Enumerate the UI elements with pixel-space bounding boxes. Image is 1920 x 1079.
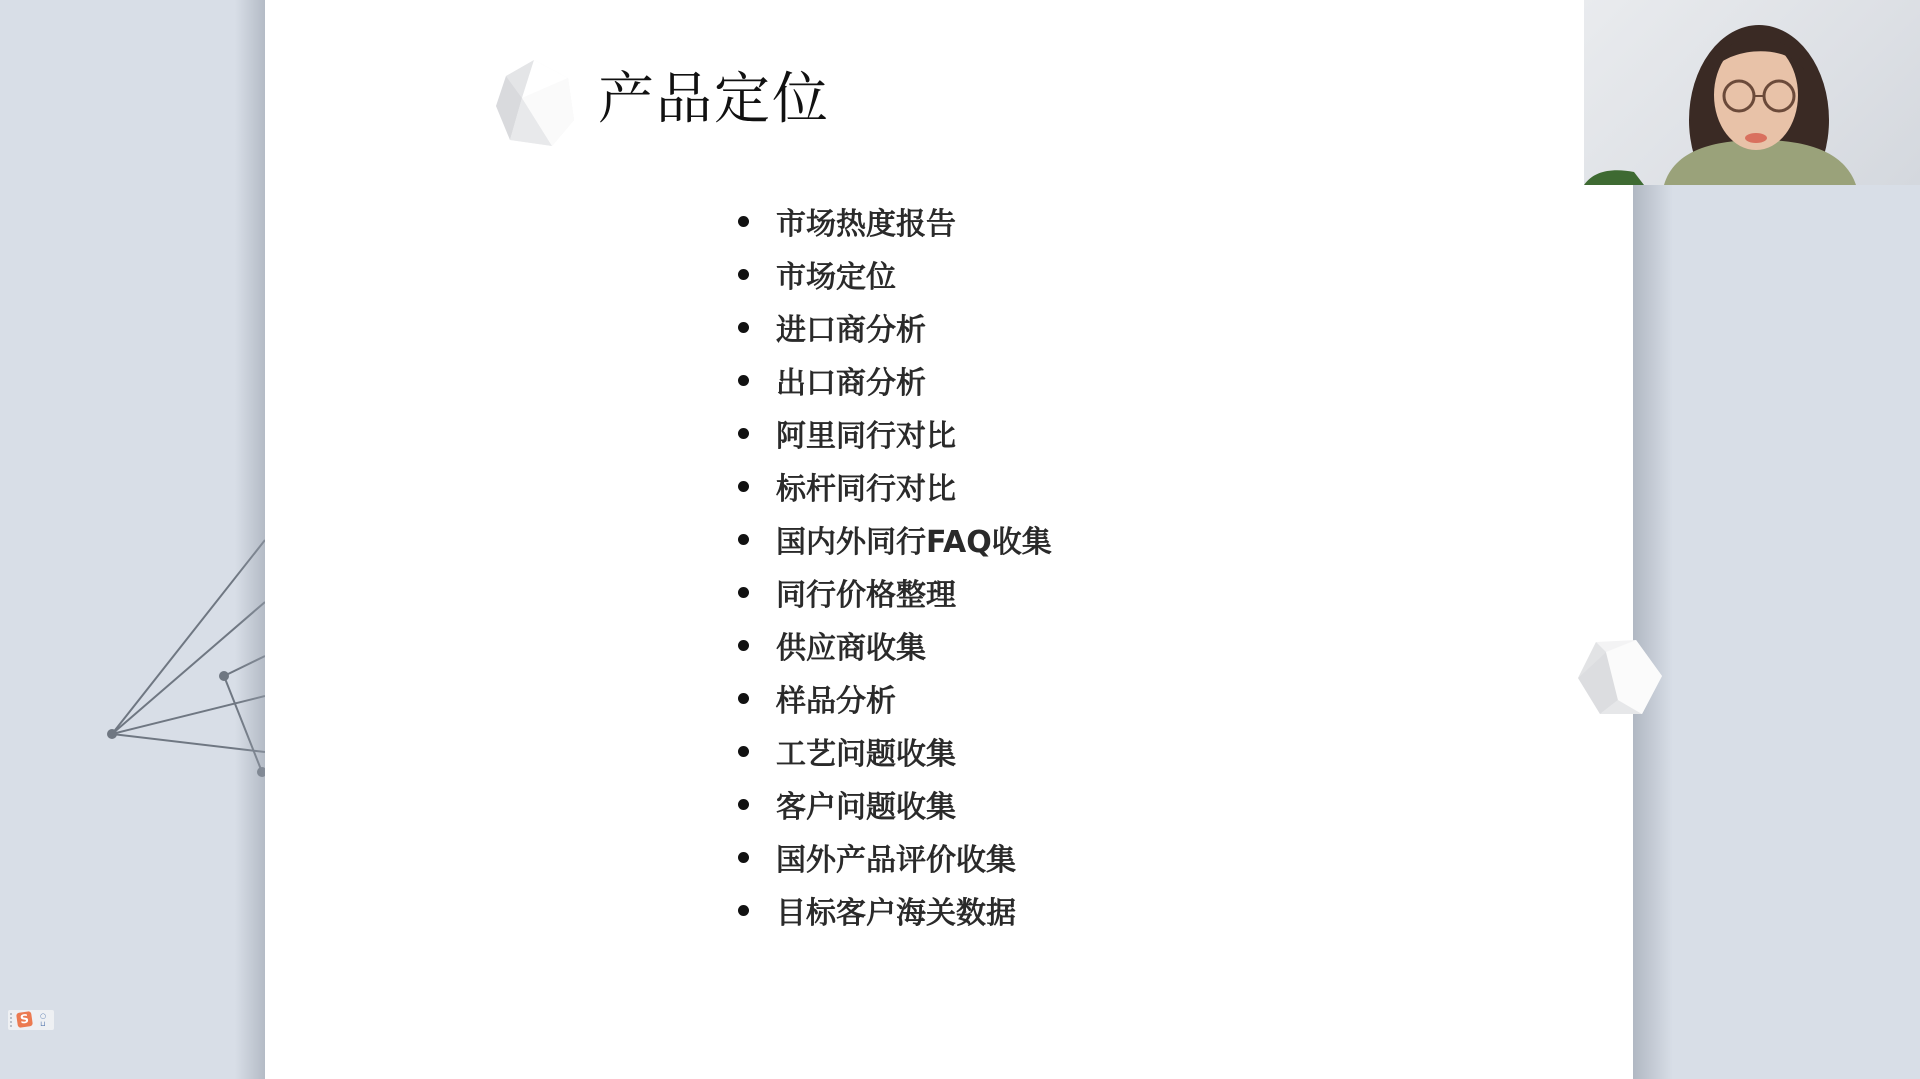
drag-handle[interactable]	[10, 1013, 12, 1027]
bullet-icon	[738, 746, 749, 757]
bullet-icon	[738, 693, 749, 704]
list-item: 市场热度报告	[730, 202, 1052, 255]
bullet-list: 市场热度报告 市场定位 进口商分析 出口商分析 阿里同行对比 标杆同行对比 国内…	[730, 202, 1052, 944]
list-item: 供应商收集	[730, 626, 1052, 679]
list-item: 工艺问题收集	[730, 732, 1052, 785]
slide-title: 产品定位	[598, 60, 830, 140]
list-item: 样品分析	[730, 679, 1052, 732]
bullet-icon	[738, 640, 749, 651]
bullet-icon	[738, 322, 749, 333]
bullet-icon	[738, 534, 749, 545]
list-item: 进口商分析	[730, 308, 1052, 361]
list-item: 同行价格整理	[730, 573, 1052, 626]
list-item: 国外产品评价收集	[730, 838, 1052, 891]
list-item: 客户问题收集	[730, 785, 1052, 838]
bullet-icon	[738, 587, 749, 598]
list-item: 国内外同行FAQ收集	[730, 520, 1052, 573]
list-item: 标杆同行对比	[730, 467, 1052, 520]
network-lines-decoration	[0, 0, 265, 1079]
presentation-slide: 产品定位 市场热度报告 市场定位 进口商分析 出口商分析 阿里同行对比 标杆同行…	[265, 0, 1633, 1079]
list-item: 目标客户海关数据	[730, 891, 1052, 944]
bullet-icon	[738, 852, 749, 863]
bullet-icon	[738, 216, 749, 227]
bullet-icon	[738, 481, 749, 492]
bullet-icon	[738, 905, 749, 916]
presenter-video	[1584, 0, 1920, 185]
ime-mode-icon[interactable]: ○⊔	[40, 1012, 48, 1028]
polyhedron-icon-right	[1578, 640, 1664, 716]
polyhedron-icon	[492, 58, 578, 150]
bullet-icon	[738, 799, 749, 810]
list-item: 市场定位	[730, 255, 1052, 308]
list-item: 出口商分析	[730, 361, 1052, 414]
ime-toolbar[interactable]: S ○⊔	[8, 1010, 54, 1030]
bullet-icon	[738, 269, 749, 280]
slide-shadow-left	[235, 0, 265, 1079]
sogou-input-icon[interactable]: S	[16, 1011, 33, 1028]
webcam-overlay[interactable]	[1584, 0, 1920, 185]
bullet-icon	[738, 375, 749, 386]
list-item: 阿里同行对比	[730, 414, 1052, 467]
bullet-icon	[738, 428, 749, 439]
